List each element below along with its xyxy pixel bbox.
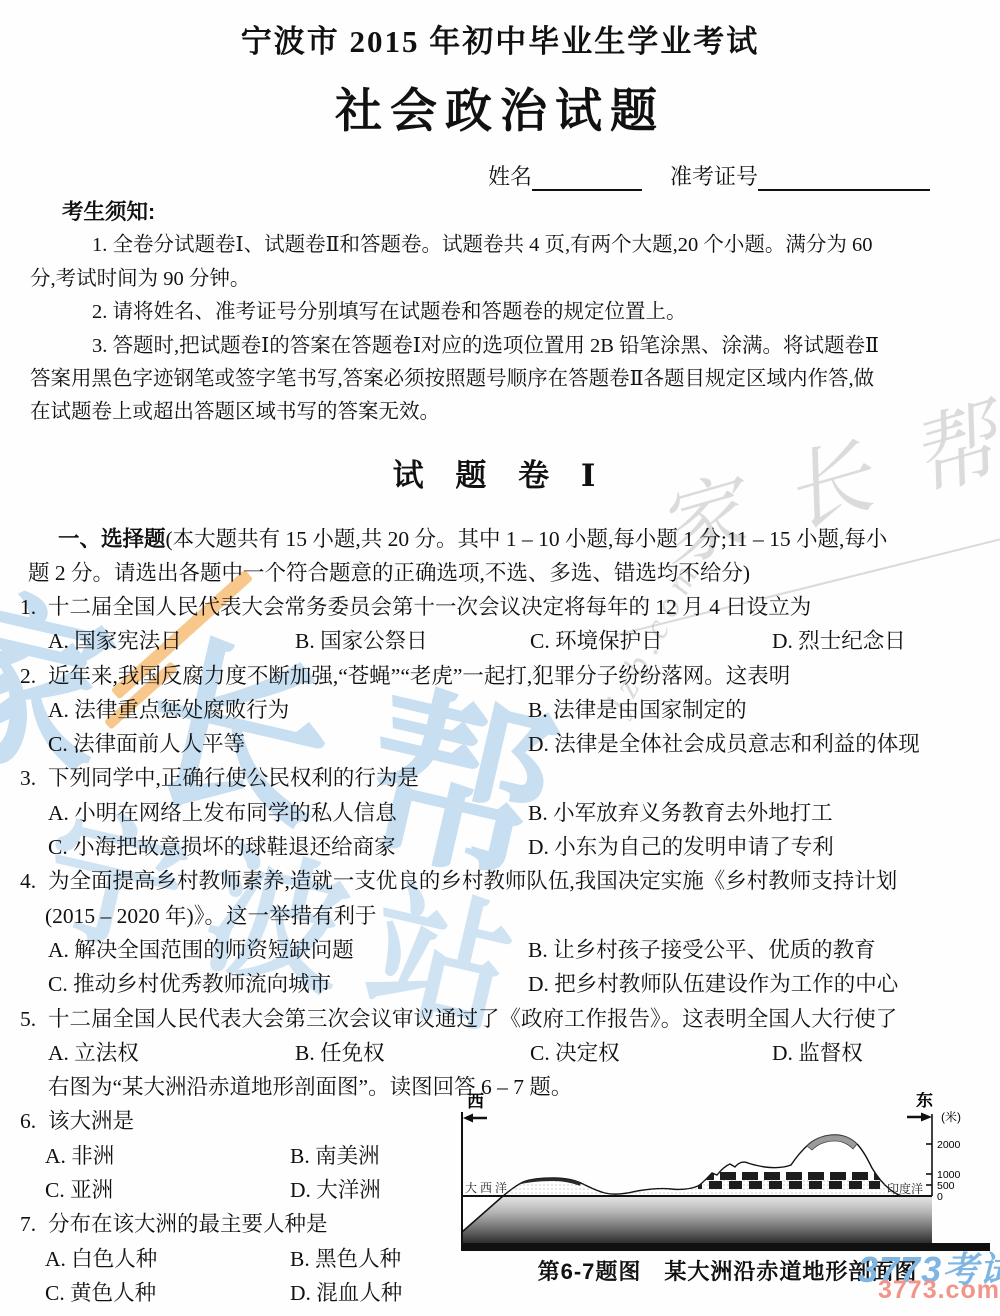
west-label: 西 — [467, 1092, 484, 1111]
watermark-site-domain: 3773.com.cn — [878, 1276, 1000, 1305]
candidate-notice: 考生须知: 1. 全卷分试题卷Ⅰ、试题卷Ⅱ和答题卷。试题卷共 4 页,有两个大题… — [30, 196, 980, 430]
question-4-options-ab: A. 解决全国范围的师资短缺问题 B. 让乡村孩子接受公平、优质的教育 — [20, 933, 995, 967]
question-2-option-a: A. 法律重点惩处腐败行为 — [48, 693, 528, 727]
question-3-option-a: A. 小明在网络上发布同学的私人信息 — [48, 796, 528, 830]
notice-title: 考生须知: — [30, 196, 980, 229]
question-5-option-a: A. 立法权 — [48, 1036, 295, 1070]
question-1-number: 1. — [20, 590, 48, 624]
question-1-stem: 1.十二届全国人民代表大会常务委员会第十一次会议决定将每年的 12 月 4 日设… — [20, 590, 995, 624]
question-3-option-d: D. 小东为自己的发明申请了专利 — [528, 830, 995, 864]
section-label: 一、选择题 — [58, 527, 166, 551]
question-1-option-c: C. 环境保护日 — [530, 624, 772, 658]
admission-number-label: 准考证号 — [670, 164, 758, 189]
question-4-option-c: C. 推动乡村优秀教师流向城市 — [48, 967, 528, 1001]
question-2-number: 2. — [20, 659, 48, 693]
question-1-option-a: A. 国家宪法日 — [48, 624, 295, 658]
east-arrow-head — [921, 1113, 932, 1122]
question-5-stem: 5.十二届全国人民代表大会第三次会议审议通过了《政府工作报告》。这表明全国人大行… — [20, 1002, 995, 1036]
question-1-option-d: D. 烈士纪念日 — [772, 624, 995, 658]
atlantic-ocean-label: 大西洋 — [465, 1180, 510, 1195]
question-1-option-b: B. 国家公祭日 — [295, 624, 530, 658]
question-2-option-c: C. 法律面前人人平等 — [48, 727, 528, 761]
unit-label: (米) — [941, 1109, 961, 1124]
name-label: 姓名 — [488, 164, 532, 189]
name-blank-line — [532, 169, 642, 191]
question-2-option-d: D. 法律是全体社会成员意志和利益的体现 — [528, 727, 995, 761]
notice-item-3-line-2: 答案用黑色字迹钢笔或签字笔书写,答案必须按照题号顺序在答题卷Ⅱ各题目规定区域内作… — [30, 363, 980, 396]
question-5-option-d: D. 监督权 — [772, 1036, 995, 1070]
tick-label-0: 0 — [937, 1191, 943, 1203]
exam-name-heading: 宁波市 2015 年初中毕业生学业考试 — [0, 16, 1000, 61]
candidate-info-row: 姓名准考证号 — [488, 160, 930, 191]
question-3-options-ab: A. 小明在网络上发布同学的私人信息 B. 小军放弃义务教育去外地打工 — [20, 796, 995, 830]
indian-ocean-label: 印度洋 — [887, 1181, 923, 1196]
question-7-option-c: C. 黄色人种 — [45, 1276, 290, 1310]
terrain-profile-svg: 西 东 (米) 2000 1000 500 0 大西洋 印度洋 — [455, 1092, 1000, 1254]
question-5-options: A. 立法权 B. 任免权 C. 决定权 D. 监督权 — [20, 1036, 995, 1070]
notice-item-1-line-1: 1. 全卷分试题卷Ⅰ、试题卷Ⅱ和答题卷。试题卷共 4 页,有两个大题,20 个小… — [30, 229, 980, 262]
question-3-stem: 3.下列同学中,正确行使公民权利的行为是 — [20, 761, 995, 795]
question-3-option-c: C. 小海把故意损坏的球鞋退还给商家 — [48, 830, 528, 864]
notice-item-2: 2. 请将姓名、准考证号分别填写在试题卷和答题卷的规定位置上。 — [30, 296, 980, 329]
question-4-stem-line-2: (2015 – 2020 年)》。这一举措有利于 — [20, 899, 995, 933]
question-5-option-b: B. 任免权 — [295, 1036, 530, 1070]
question-6-option-c: C. 亚洲 — [45, 1173, 290, 1207]
section-intro-line-2: 题 2 分。请选出各题中一个符合题意的正确选项,不选、多选、错选均不给分) — [28, 556, 988, 590]
question-5-number: 5. — [20, 1002, 48, 1036]
admission-number-blank-line — [758, 169, 930, 191]
question-4-option-b: B. 让乡村孩子接受公平、优质的教育 — [528, 933, 995, 967]
question-6-option-a: A. 非洲 — [45, 1139, 290, 1173]
question-4-stem: 4.为全面提高乡村教师素养,造就一支优良的乡村教师队伍,我国决定实施《乡村教师支… — [20, 864, 995, 898]
east-label: 东 — [916, 1092, 933, 1110]
paper-title-heading: 社会政治试题 — [0, 74, 1000, 141]
notice-item-3-line-1: 3. 答题时,把试题卷Ⅰ的答案在答题卷Ⅰ对应的选项位置用 2B 铅笔涂黑、涂满。… — [30, 330, 980, 363]
question-7-number: 7. — [20, 1207, 48, 1241]
question-2-options-ab: A. 法律重点惩处腐败行为 B. 法律是由国家制定的 — [20, 693, 995, 727]
question-6-number: 6. — [20, 1104, 48, 1138]
question-3-option-b: B. 小军放弃义务教育去外地打工 — [528, 796, 995, 830]
question-3-options-cd: C. 小海把故意损坏的球鞋退还给商家 D. 小东为自己的发明申请了专利 — [20, 830, 995, 864]
question-2-options-cd: C. 法律面前人人平等 D. 法律是全体社会成员意志和利益的体现 — [20, 727, 995, 761]
exam-paper-page: 家长帮 宁波站 家长帮 jzb.com 宁波市 2015 年初中毕业生学业考试 … — [0, 0, 1000, 1316]
section-intro-line-1: (本大题共有 15 小题,共 20 分。其中 1 – 10 小题,每小题 1 分… — [166, 527, 888, 551]
question-3-number: 3. — [20, 761, 48, 795]
question-4-option-d: D. 把乡村教师队伍建设作为工作的中心 — [528, 967, 995, 1001]
subsurface-shading — [462, 1196, 932, 1243]
question-7-option-a: A. 白色人种 — [45, 1242, 290, 1276]
question-4-number: 4. — [20, 864, 48, 898]
question-2-option-b: B. 法律是由国家制定的 — [528, 693, 995, 727]
multiple-choice-section-intro: 一、选择题(本大题共有 15 小题,共 20 分。其中 1 – 10 小题,每小… — [28, 522, 988, 590]
west-arrow-head — [463, 1114, 473, 1123]
terrain-profile-figure: 西 东 (米) 2000 1000 500 0 大西洋 印度洋 — [455, 1092, 1000, 1254]
part1-title: 试 题 卷 Ⅰ — [0, 450, 1000, 495]
tick-label-2000: 2000 — [937, 1139, 961, 1151]
question-4-options-cd: C. 推动乡村优秀教师流向城市 D. 把乡村教师队伍建设作为工作的中心 — [20, 967, 995, 1001]
question-4-option-a: A. 解决全国范围的师资短缺问题 — [48, 933, 528, 967]
notice-item-1-line-2: 分,考试时间为 90 分钟。 — [30, 263, 980, 296]
question-1-options: A. 国家宪法日 B. 国家公祭日 C. 环境保护日 D. 烈士纪念日 — [20, 624, 995, 658]
question-2-stem: 2.近年来,我国反腐力度不断加强,“苍蝇”“老虎”一起打,犯罪分子纷纷落网。这表… — [20, 659, 995, 693]
question-5-option-c: C. 决定权 — [530, 1036, 772, 1070]
notice-item-3-line-3: 在试题卷上或超出答题区域书写的答案无效。 — [30, 396, 980, 429]
